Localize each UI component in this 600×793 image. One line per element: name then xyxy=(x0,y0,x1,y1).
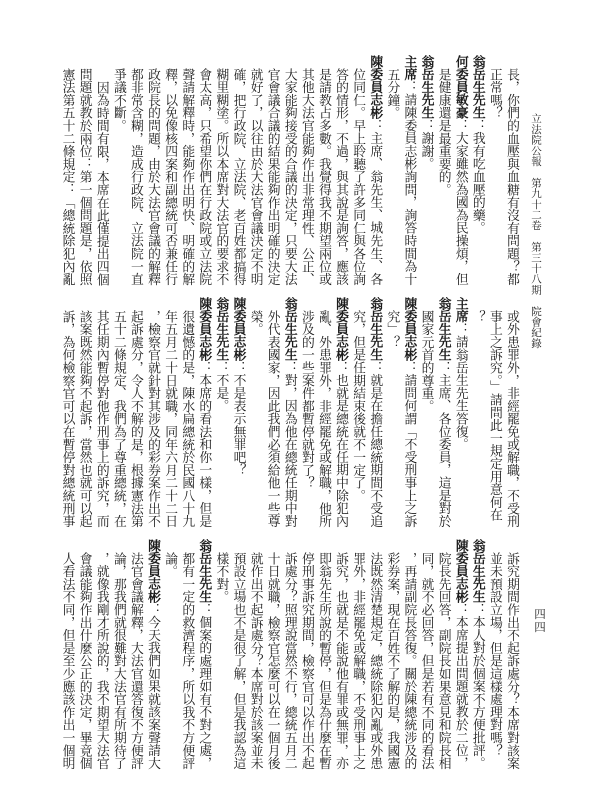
speaker-name: 翁岳生先生 xyxy=(471,539,485,603)
speech-column-speaker-start: 翁岳生先生：本人對於個案不方便批評。 xyxy=(469,539,486,773)
speaker-name: 翁岳生先生 xyxy=(471,55,485,119)
speech-column: 訴處分？照理說當然不行，總統五月二 xyxy=(281,539,298,773)
speech-column: 即翁先生所說的暫停，但是為什麼在暫 xyxy=(315,539,332,773)
speech-column: 其任期內暫停對他作刑事上的訴究，而 xyxy=(93,297,110,531)
speech-column: 會議能夠作出什麼公正的決定，畢竟個 xyxy=(76,539,93,773)
speaker-name: 陳委員志彬 xyxy=(334,297,348,361)
speech-column: 就作出不起訴處分？本席對於該案並未 xyxy=(247,539,264,773)
speaker-name: 陳委員志彬 xyxy=(402,297,416,361)
speech-column: 問題就教於兩位：第一個問題是，依照 xyxy=(76,55,93,289)
page-number: 四四 xyxy=(530,608,548,634)
speaker-name: 主席 xyxy=(402,55,416,81)
speech-column: 很遺憾的是，陳水扁總統於民國八十九 xyxy=(178,297,195,531)
speech-column-speaker-start: 翁岳生先生：謝謝。 xyxy=(417,55,434,289)
speech-column: 確，把行政院、立法院、老百姓都搞得 xyxy=(229,55,246,289)
speech-column: 罪外，非經罷免或解職，不受刑事上之 xyxy=(349,539,366,773)
speaker-name: 翁岳生先生 xyxy=(214,297,228,361)
speech-column: ，檢察官就針對其涉及的彩券案作出不 xyxy=(144,297,161,531)
speech-column: 官會議合議的結果能夠作出明確的決定 xyxy=(264,55,281,289)
speech-column: ，再請副院長答復。關於陳總統涉及的 xyxy=(400,539,417,773)
speech-column: 五十二條規定、我們為了尊重總統，在 xyxy=(110,297,127,531)
speech-column-speaker-start: 陳委員志彬：主席、翁先生、城先生、各 xyxy=(366,55,383,289)
speech-column: 就好了，以往由於大法官會議決定不明 xyxy=(247,55,264,289)
speaker-name: 翁岳生先生 xyxy=(197,539,211,603)
speech-column: 彩券案，現在百姓不了解的是，我國憲 xyxy=(383,539,400,773)
speaker-name: 主席 xyxy=(454,297,468,323)
speech-column-speaker-start: 翁岳生先生：就是在擔任總統期間不受追 xyxy=(366,297,383,531)
speech-column-speaker-start: 陳委員志彬：本席提出問題就教於二位， xyxy=(452,539,469,773)
speech-column-speaker-start: 翁岳生先生：不是。 xyxy=(212,297,229,531)
speech-column: 答的情形，不過，與其說是詢答，應該 xyxy=(332,55,349,289)
speech-column: 並未預設立場，但是這樣處理對嗎？ xyxy=(486,539,503,773)
speech-column-speaker-start: 主席：請翁岳生先生答復。 xyxy=(452,297,469,531)
speech-column: 究」？ xyxy=(383,297,400,531)
speech-column: 樣不對。 xyxy=(212,539,229,773)
speech-column: 事上之訴究。」請問此一規定用意何在 xyxy=(486,297,503,531)
speech-column: 訴究，也就是不能說他有罪或無罪，亦 xyxy=(332,539,349,773)
speaker-name: 何委員敏豪 xyxy=(454,55,468,119)
speech-column-speaker-start: 陳委員志彬：也就是總統在任期中除犯內 xyxy=(332,297,349,531)
speech-column: 訴究期間作出不起訴處分？本席對該案 xyxy=(503,539,520,773)
speech-column: ，就像我剛才所說的，我不期望大法官 xyxy=(93,539,110,773)
speech-column: 五分鐘。 xyxy=(383,55,400,289)
speaker-name: 陳委員志彬 xyxy=(368,55,382,119)
speech-column: 榮。 xyxy=(247,297,264,531)
speech-column: 都非常含糊，造成行政院、立法院一直 xyxy=(127,55,144,289)
speech-column-speaker-start: 翁岳生先生：對，因為他在總統任期中對 xyxy=(281,297,298,531)
speech-column: 年五月二十日就職，同年六月二十二日 xyxy=(161,297,178,531)
speech-column: 因為時間有限，本席在此僅提出四個 xyxy=(93,55,110,289)
speech-column: 十日就職，檢察官怎麼可以在一個月後 xyxy=(264,539,281,773)
speech-column: 是健康還是最重要的。 xyxy=(435,55,452,289)
speech-column: 位同仁。早上聆聽了許多同仁與各位詢 xyxy=(349,55,366,289)
gazette-header-title: 立法院公報 第九十二卷 第三十八期 院會紀錄 xyxy=(526,113,544,348)
speech-column: 論。 xyxy=(161,539,178,773)
speech-column: 院長先回答，副院長如果意見和院長相 xyxy=(435,539,452,773)
speech-column: 國家元首的尊重。 xyxy=(417,297,434,531)
speech-column: 法既然清楚規定，總統除犯內亂或外患 xyxy=(366,539,383,773)
speaker-name: 陳委員志彬 xyxy=(232,297,246,361)
speech-column-speaker-start: 主席：請陳委員志彬詢問，詢答時間為十 xyxy=(400,55,417,289)
speech-column: 停刑事訴究期間，檢察官可以作出不起 xyxy=(298,539,315,773)
speech-column: 正常嗎？ xyxy=(486,55,503,289)
speaker-name: 翁岳生先生 xyxy=(437,297,451,361)
speech-column-speaker-start: 陳委員志彬：不是表示無罪吧？ xyxy=(229,297,246,531)
speaker-name: 翁岳生先生 xyxy=(368,297,382,361)
speech-column: 聲請解釋時，能夠作出明快、明確的解 xyxy=(178,55,195,289)
text-band-bottom: 訴究期間作出不起訴處分？本席對該案並未預設立場，但是這樣處理對嗎？翁岳生先生：本… xyxy=(57,539,520,773)
speech-column: 長，你們的血壓與血糖有沒有問題？都 xyxy=(503,55,520,289)
speech-column-speaker-start: 陳委員志彬：請問何謂「不受刑事上之訴 xyxy=(400,297,417,531)
speaker-name: 翁岳生先生 xyxy=(283,297,297,361)
speech-column: 同，就不必回答，但是若有不同的看法 xyxy=(417,539,434,773)
speaker-name: 陳委員志彬 xyxy=(146,539,160,603)
speech-column: 訴，為何檢察官可以在暫停對總統刑事 xyxy=(58,297,75,531)
speech-column: 都有一定的救濟程序，所以我不方便評 xyxy=(178,539,195,773)
speech-column: 該案既然能夠不起訴，當然也就可以起 xyxy=(76,297,93,531)
speaker-name: 翁岳生先生 xyxy=(420,55,434,119)
speech-column: 人看法不同，但是至少應該作出一個明 xyxy=(58,539,75,773)
speech-column: 憲法第五十二條規定：「總統除犯內亂 xyxy=(58,55,75,289)
speech-column: 大家能夠接受的合議的決定，只要大法 xyxy=(281,55,298,289)
speech-column: 或外患罪外，非經罷免或解職，不受刑 xyxy=(503,297,520,531)
speech-column: 會太高，只希望你們在行政院或立法院 xyxy=(195,55,212,289)
speech-column: 涉及的一些案件都暫停就對了？ xyxy=(298,297,315,531)
speech-column: 政院長的問題，由於大法官會議的解釋 xyxy=(144,55,161,289)
speech-column: 外代表國家，因此我們必須給他一些尊 xyxy=(264,297,281,531)
speech-column: 其他大法官能夠作出非常理性、公正、 xyxy=(298,55,315,289)
speech-column-speaker-start: 翁岳生先生：主席、各位委員，這是對於 xyxy=(435,297,452,531)
speech-column: 糊里糊塗。所以本席對大法官的要求不 xyxy=(212,55,229,289)
speech-column-speaker-start: 翁岳生先生：個案的處理如有不對之處， xyxy=(195,539,212,773)
speaker-name: 陳委員志彬 xyxy=(197,297,211,361)
speech-column-speaker-start: 何委員敏豪：大家雖然為國為民操煩，但 xyxy=(452,55,469,289)
speech-column: ？ xyxy=(469,297,486,531)
text-band-top: 長，你們的血壓與血糖有沒有問題？都正常嗎？翁岳生先生：我有吃血壓的藥。何委員敏豪… xyxy=(57,55,520,289)
speech-column: 亂、外患罪外，非經罷免或解職，他所 xyxy=(315,297,332,531)
speech-column-speaker-start: 陳委員志彬：本席的看法和你一樣，但是 xyxy=(195,297,212,531)
speech-column: 起訴處分，令人不解的是，根據憲法第 xyxy=(127,297,144,531)
gazette-page: 立法院公報 第九十二卷 第三十八期 院會紀錄 四四 長，你們的血壓與血糖有沒有問… xyxy=(0,0,600,793)
speech-column: 是請教占多數。我覺得我不期望兩位或 xyxy=(315,55,332,289)
speech-column: 釋，以免像核四案和副總統可否兼任行 xyxy=(161,55,178,289)
speech-column: 論，那我們就很難對大法官有所期待了 xyxy=(110,539,127,773)
speech-column-speaker-start: 陳委員志彬：今天我們如果就該案聲請大 xyxy=(144,539,161,773)
speech-column: 究，但是任期結束後就不一定了。 xyxy=(349,297,366,531)
text-band-middle: 或外患罪外，非經罷免或解職，不受刑事上之訴究。」請問此一規定用意何在？主席：請翁… xyxy=(57,297,520,531)
speech-column: 法官會議解釋，大法官還答復不方便評 xyxy=(127,539,144,773)
speaker-name: 陳委員志彬 xyxy=(454,539,468,603)
speech-column: 預設立場也不是很了解，但是我認為這 xyxy=(229,539,246,773)
speech-column-speaker-start: 翁岳生先生：我有吃血壓的藥。 xyxy=(469,55,486,289)
speech-column: 爭議不斷。 xyxy=(110,55,127,289)
